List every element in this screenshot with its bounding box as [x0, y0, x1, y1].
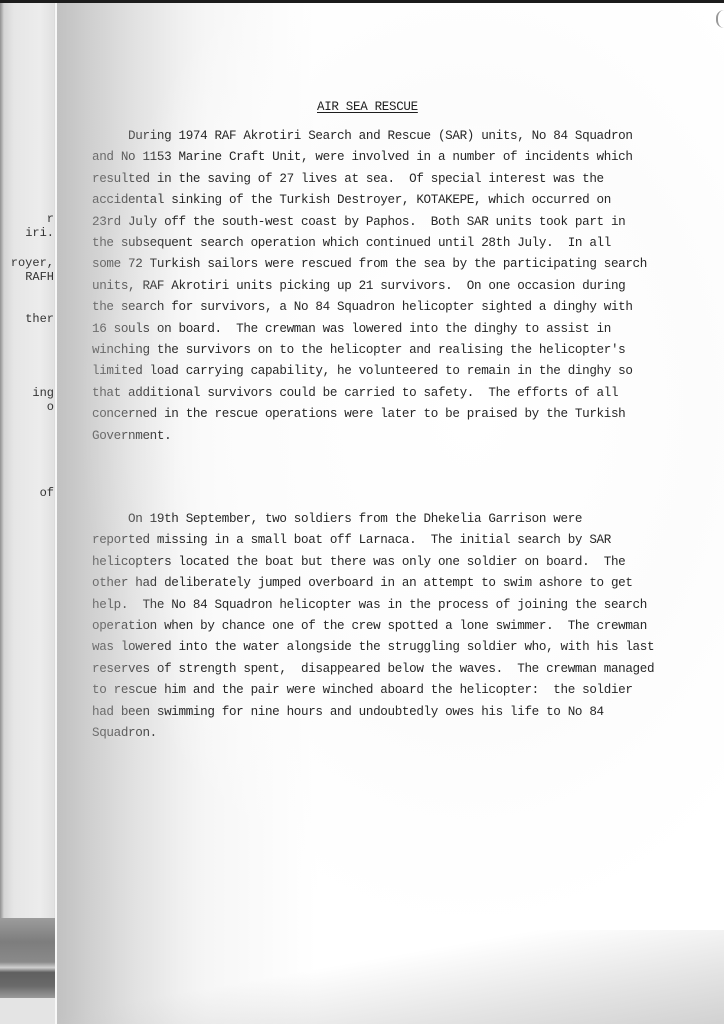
text-line: On 19th September, two soldiers from the…: [92, 509, 682, 530]
text-line: accidental sinking of the Turkish Destro…: [92, 190, 682, 211]
previous-page-fragment: o: [47, 400, 54, 414]
text-line: 16 souls on board. The crewman was lower…: [92, 319, 682, 340]
previous-page-fragment: iri.: [25, 226, 54, 240]
text-line: Squadron.: [92, 723, 682, 744]
text-line: that additional survivors could be carri…: [92, 383, 682, 404]
text-line: 23rd July off the south-west coast by Pa…: [92, 212, 682, 233]
previous-page-strip: riri.royer,RAFHtheringoof: [0, 3, 56, 1024]
text-line: winching the survivors on to the helicop…: [92, 340, 682, 361]
text-line: to rescue him and the pair were winched …: [92, 680, 682, 701]
paragraph-dhekelia-soldier-rescue: On 19th September, two soldiers from the…: [92, 509, 682, 744]
sea-photo-fragment: [0, 918, 56, 998]
text-line: During 1974 RAF Akrotiri Search and Resc…: [92, 126, 682, 147]
text-line: helicopters located the boat but there w…: [92, 552, 682, 573]
document-title: AIR SEA RESCUE: [317, 100, 418, 114]
previous-page-fragment: royer,: [11, 256, 54, 270]
text-line: limited load carrying capability, he vol…: [92, 361, 682, 382]
text-line: and No 1153 Marine Craft Unit, were invo…: [92, 147, 682, 168]
previous-page-fragment: RAFH: [25, 270, 54, 284]
page-curl-mark: [716, 10, 724, 28]
text-line: reserves of strength spent, disappeared …: [92, 659, 682, 680]
paragraph-turkish-destroyer-rescue: During 1974 RAF Akrotiri Search and Resc…: [92, 126, 682, 447]
text-line: the subsequent search operation which co…: [92, 233, 682, 254]
scanned-document: riri.royer,RAFHtheringoof AIR SEA RESCUE…: [0, 0, 724, 1024]
text-line: operation when by chance one of the crew…: [92, 616, 682, 637]
text-line: some 72 Turkish sailors were rescued fro…: [92, 254, 682, 275]
text-line: reported missing in a small boat off Lar…: [92, 530, 682, 551]
text-line: was lowered into the water alongside the…: [92, 637, 682, 658]
previous-page-fragment: of: [40, 486, 54, 500]
text-line: units, RAF Akrotiri units picking up 21 …: [92, 276, 682, 297]
text-line: had been swimming for nine hours and und…: [92, 702, 682, 723]
text-line: help. The No 84 Squadron helicopter was …: [92, 595, 682, 616]
previous-page-fragment: ther: [25, 312, 54, 326]
previous-page-fragment: r: [47, 212, 54, 226]
text-line: resulted in the saving of 27 lives at se…: [92, 169, 682, 190]
text-line: other had deliberately jumped overboard …: [92, 573, 682, 594]
text-line: concerned in the rescue operations were …: [92, 404, 682, 425]
text-line: the search for survivors, a No 84 Squadr…: [92, 297, 682, 318]
previous-page-fragment: ing: [32, 386, 54, 400]
previous-page-margin: [0, 998, 56, 1024]
text-line: Government.: [92, 426, 682, 447]
